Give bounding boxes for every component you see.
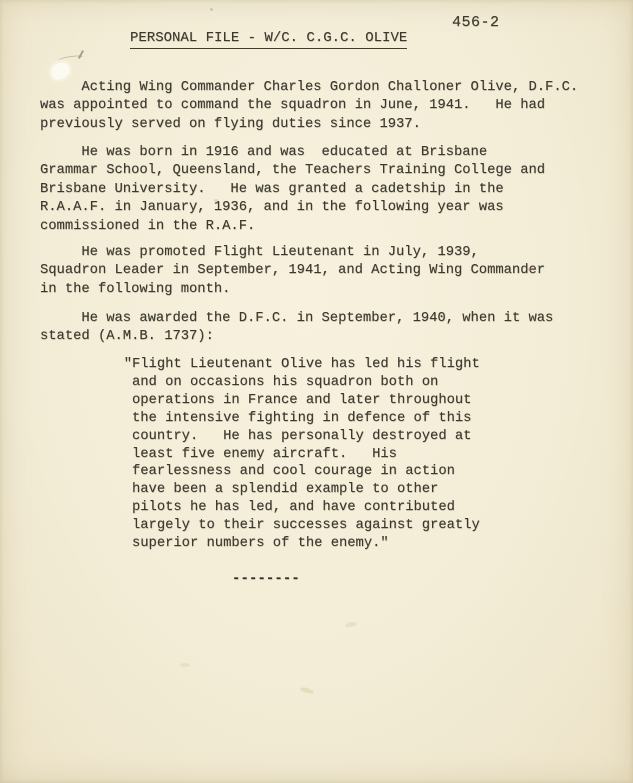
paper-speck xyxy=(210,8,213,11)
paper-speck xyxy=(527,268,532,271)
paragraph-promotions: He was promoted Flight Lieutenant in Jul… xyxy=(40,244,545,299)
document-title: PERSONAL FILE - W/C. C.G.C. OLIVE xyxy=(130,30,407,49)
paragraph-appointment: Acting Wing Commander Charles Gordon Cha… xyxy=(40,79,578,134)
paper-speck xyxy=(180,663,190,667)
paragraph-education: He was born in 1916 and was educated at … xyxy=(40,144,545,236)
paper-speck xyxy=(300,686,315,694)
scanned-document-page: 456-2 PERSONAL FILE - W/C. C.G.C. OLIVE … xyxy=(0,0,633,783)
citation-quotation: "Flight Lieutenant Olive has led his fli… xyxy=(132,356,480,553)
end-separator-dashes: -------- xyxy=(232,571,300,589)
paper-blemish xyxy=(50,61,72,81)
page-number: 456-2 xyxy=(452,14,500,32)
paragraph-award: He was awarded the D.F.C. in September, … xyxy=(40,310,553,347)
paper-speck xyxy=(214,199,218,202)
paper-speck xyxy=(345,621,358,628)
